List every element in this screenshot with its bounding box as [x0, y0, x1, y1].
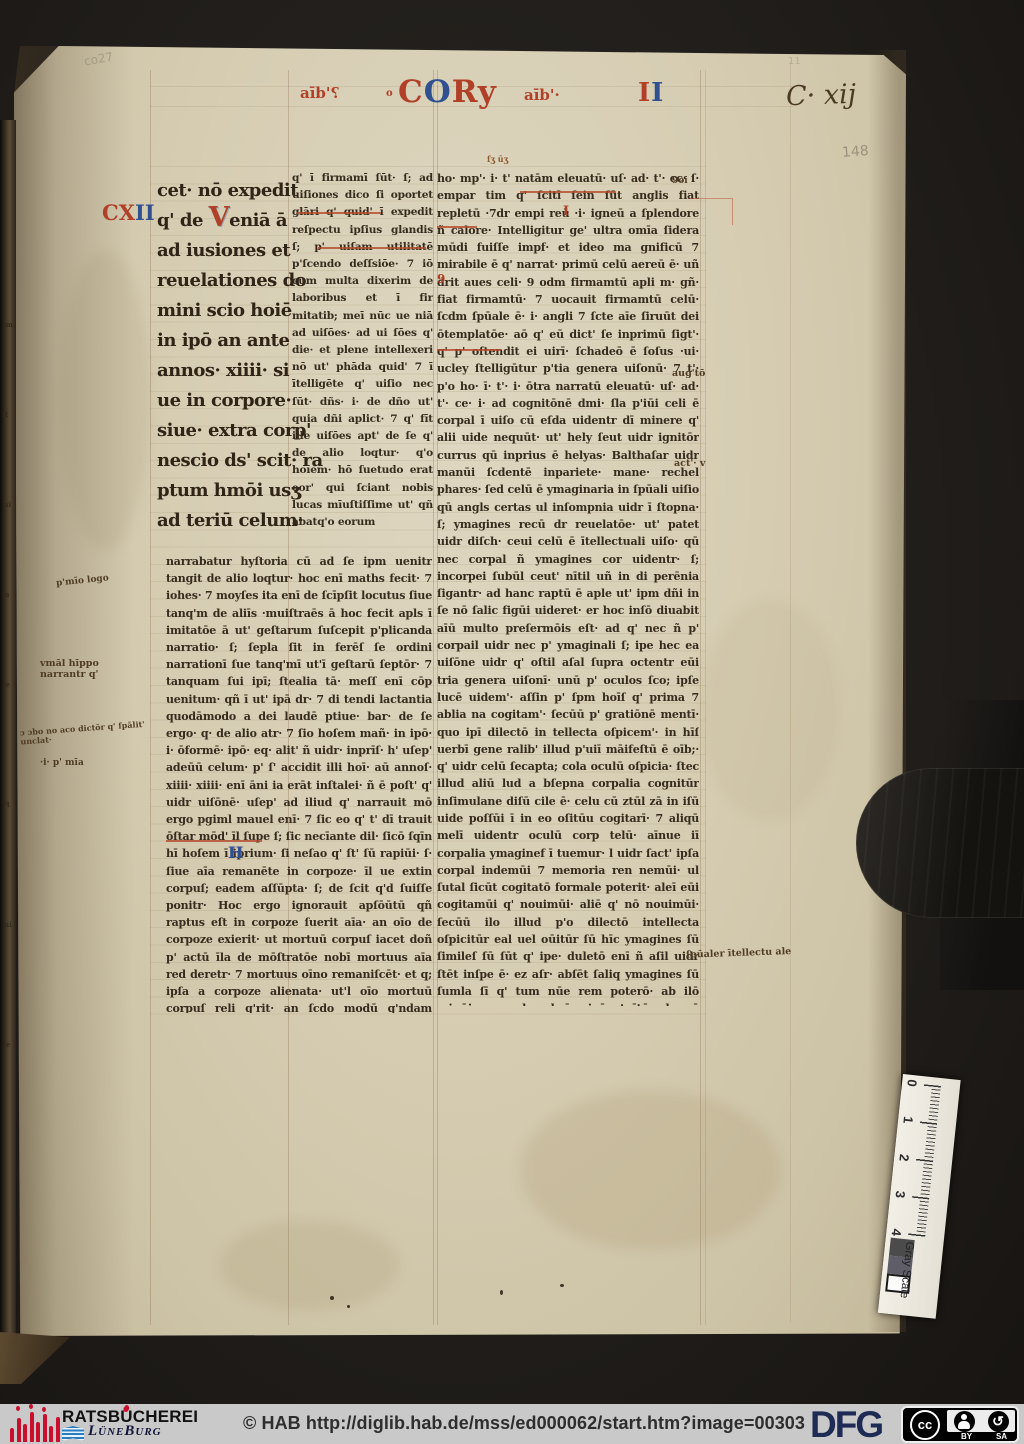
- parchment-stain: [520, 1090, 780, 1250]
- red-underline: [520, 191, 616, 193]
- heading-line: mini scio hoiē: [157, 296, 307, 326]
- margin-note: vmāl hīppo narrantr q': [40, 658, 126, 680]
- chapter-number: CXII: [102, 200, 155, 225]
- chapter-letter: C: [102, 200, 119, 225]
- red-paragraph-mark: 9: [437, 272, 445, 286]
- red-underline: [318, 247, 426, 249]
- library-city: LüneBurg: [88, 1423, 162, 1440]
- ruler-number: 1: [900, 1116, 916, 1131]
- speck: [330, 1296, 334, 1300]
- binding-gutter: ım ſt aī m le 7t uī ſe: [0, 120, 16, 1360]
- folio-number-pencil: 148: [841, 143, 869, 161]
- text-column-right: ho· mp'· i· t' natām eleuatū· uſ· ad· t'…: [437, 170, 699, 1006]
- parchment-stain: [220, 1220, 400, 1310]
- manuscript-scan-photo: ım ſt aī m le 7t uī ſe aīb'⸮ o CORy aīb'…: [0, 0, 1024, 1444]
- running-title-letter: O: [424, 74, 452, 110]
- interlinear-gloss: ſʒ ūʒ: [487, 154, 508, 164]
- pencil-mark: 11: [788, 56, 801, 67]
- attribution-url: © HAB http://diglib.hab.de/mss/ed000062/…: [243, 1413, 805, 1434]
- heading-text: q' de: [157, 210, 209, 231]
- heading-line: cet· nō expedit: [157, 176, 307, 206]
- cc-sa-icon: ↺: [988, 1411, 1009, 1432]
- page-holder-clip: [856, 768, 1024, 918]
- heading-line: ad teriū celum·: [157, 506, 307, 536]
- cc-modules-section: ↺: [947, 1410, 1015, 1432]
- parchment-stain: [60, 250, 150, 550]
- bleedthrough-fragment: m: [2, 590, 9, 599]
- chapter-letter: X: [119, 200, 135, 225]
- numeral-stroke: I: [651, 78, 664, 108]
- cc-by-label: BY: [961, 1432, 972, 1441]
- heading-line: ptum hmōi usʒ: [157, 476, 307, 506]
- red-underline: [437, 226, 477, 228]
- running-title-letter: R: [452, 74, 478, 110]
- book-numeral: II: [638, 78, 664, 108]
- bleedthrough-fragment: uī: [4, 920, 12, 929]
- bleedthrough-fragment: ſe: [3, 1040, 10, 1049]
- chapter-mark: C· xij: [785, 79, 856, 112]
- heading-line: siue· extra corp': [157, 416, 307, 446]
- heading-line: q' de Veniā ā: [157, 206, 307, 236]
- red-underline: [297, 212, 381, 214]
- running-title: CORy: [398, 74, 497, 110]
- parchment-stain: [700, 600, 840, 820]
- ruler-number: 3: [892, 1190, 908, 1205]
- speck: [347, 1305, 350, 1308]
- lemma-heading: cet· nō expedit q' de Veniā ā ad iusione…: [157, 176, 307, 536]
- red-underline: [166, 840, 262, 842]
- margin-note: ·i· p' mīa: [40, 758, 84, 768]
- bleedthrough-fragment: ım: [3, 320, 13, 329]
- speck: [500, 1290, 503, 1295]
- logo-dot: [29, 1404, 33, 1409]
- book-edge: [0, 1332, 70, 1384]
- heading-line: reuelationes do: [157, 266, 307, 296]
- cc-logo-icon: cc: [910, 1410, 940, 1440]
- bleedthrough-fragment: 7t: [2, 800, 10, 809]
- cc-logo-section: cc: [903, 1408, 947, 1441]
- rubric-mark: o: [386, 88, 393, 99]
- ruler-major-ticks: [908, 1084, 941, 1239]
- blue-initial: H: [228, 843, 243, 862]
- ruler-number: 2: [896, 1153, 912, 1168]
- chapter-letter: II: [135, 200, 155, 225]
- ruler-number: 0: [904, 1079, 920, 1094]
- heading-line: in ipō an ante: [157, 326, 307, 356]
- ratsbuecherei-bars-logo: [10, 1408, 62, 1442]
- margin-note: act'· v: [674, 458, 705, 469]
- logo-dot: [42, 1407, 46, 1412]
- cc-license-badge: cc ↺ BY SA: [901, 1406, 1019, 1443]
- red-capital: I: [563, 204, 569, 219]
- bleedthrough-fragment: ſt: [2, 410, 8, 419]
- running-title-right-abbrev: aīb'·: [524, 86, 560, 104]
- bleedthrough-fragment: aī: [4, 500, 11, 509]
- rubricated-initial: V: [209, 202, 229, 233]
- red-underline: [437, 349, 501, 351]
- margin-note: aug'tō: [672, 368, 705, 379]
- running-title-left-abbrev: aīb'⸮: [300, 84, 339, 102]
- margin-note: 9oī: [672, 176, 688, 186]
- cc-module-labels: BY SA: [949, 1432, 1019, 1441]
- logo-dot: [16, 1406, 20, 1411]
- cc-by-icon: [954, 1411, 975, 1432]
- gutter-shadow: [14, 46, 134, 1336]
- scan-footer-bar: RATSBÜCHEREI LüneBurg © HAB http://digli…: [0, 1404, 1024, 1444]
- running-title-letter: C: [398, 74, 424, 110]
- text-column-left-lower: narrabatur hyſtoria cū ad ſe ipm uenitr …: [166, 553, 432, 1013]
- heading-text: eniā ā: [229, 210, 287, 231]
- open-book-icon: [62, 1426, 84, 1441]
- heading-line: annos· xiiii· si: [157, 356, 307, 386]
- red-margin-bracket: [690, 198, 733, 225]
- heading-line: nescio ds' scit· ra: [157, 446, 307, 476]
- sa-arrow-glyph: ↺: [988, 1411, 1009, 1432]
- dfg-logo: DFG: [810, 1404, 882, 1444]
- heading-line: ad iusiones et: [157, 236, 307, 266]
- running-title-letter: y: [478, 74, 497, 110]
- speck: [560, 1284, 564, 1287]
- cc-sa-label: SA: [996, 1432, 1007, 1441]
- heading-line: ue in corpore·: [157, 386, 307, 416]
- bleedthrough-fragment: le: [3, 680, 10, 689]
- text-column-left-upper: q' ī firmamī ſūt· ſ; ad uiſiones dico ſi…: [292, 170, 433, 550]
- numeral-stroke: I: [638, 78, 651, 108]
